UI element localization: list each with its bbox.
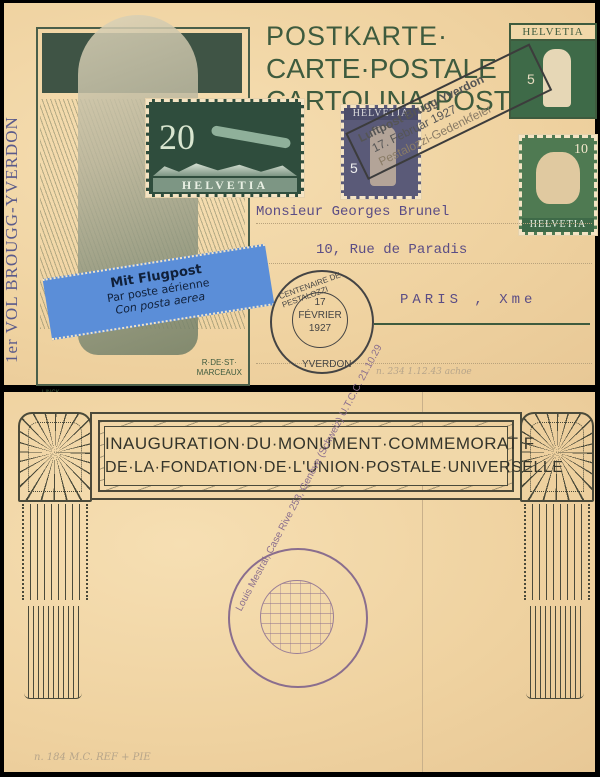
address-line-rule bbox=[256, 223, 592, 224]
banner-line-1: INAUGURATION·DU·MONUMENT·COMMEMORATIF bbox=[105, 432, 507, 456]
address-street: 10, Rue de Paradis bbox=[316, 242, 467, 258]
pencil-annotation: n. 234 1.12.43 achoe bbox=[376, 367, 472, 377]
airplane-icon bbox=[211, 125, 292, 149]
postcard-back: INAUGURATION·DU·MONUMENT·COMMEMORATIF DE… bbox=[4, 392, 595, 772]
tell-son-crossbow-icon bbox=[543, 49, 571, 107]
william-tell-portrait-icon bbox=[536, 152, 580, 204]
tell-stamp-10c: 10 HELVETIA bbox=[519, 135, 597, 235]
alps-icon bbox=[153, 162, 297, 176]
postcard-front: R·DE·ST· MARCEAUX LINCK 1er VOL BROUGG-Y… bbox=[4, 3, 595, 385]
airmail-stamp-20c: 20 HELVETIA bbox=[146, 99, 304, 197]
globe-icon bbox=[260, 580, 334, 654]
address-recipient: Monsieur Georges Brunel bbox=[256, 204, 449, 220]
yverdon-postmark: CENTENAIRE DE PESTALOZZI 17 FÉVRIER 1927… bbox=[270, 270, 374, 374]
pencil-annotation: n. 184 M.C. REF + PIE bbox=[34, 752, 151, 763]
address-line-rule bbox=[374, 323, 590, 325]
artist-credit: R·DE·ST· MARCEAUX bbox=[197, 358, 242, 378]
sunburst-ornament-icon bbox=[18, 412, 92, 502]
title-postkarte: POSTKARTE· bbox=[266, 21, 448, 52]
address-city: PARIS , Xme bbox=[400, 292, 536, 308]
address-line-rule bbox=[256, 263, 592, 264]
right-ornamental-pillar bbox=[520, 412, 592, 697]
sunburst-ornament-icon bbox=[520, 412, 594, 502]
left-ornamental-pillar bbox=[18, 412, 90, 697]
first-flight-vertical-text: 1er VOL BROUGG-YVERDON bbox=[2, 116, 22, 363]
collector-handstamp: Louis Mestral, Case Rive 253, Genève (Sc… bbox=[228, 548, 368, 688]
